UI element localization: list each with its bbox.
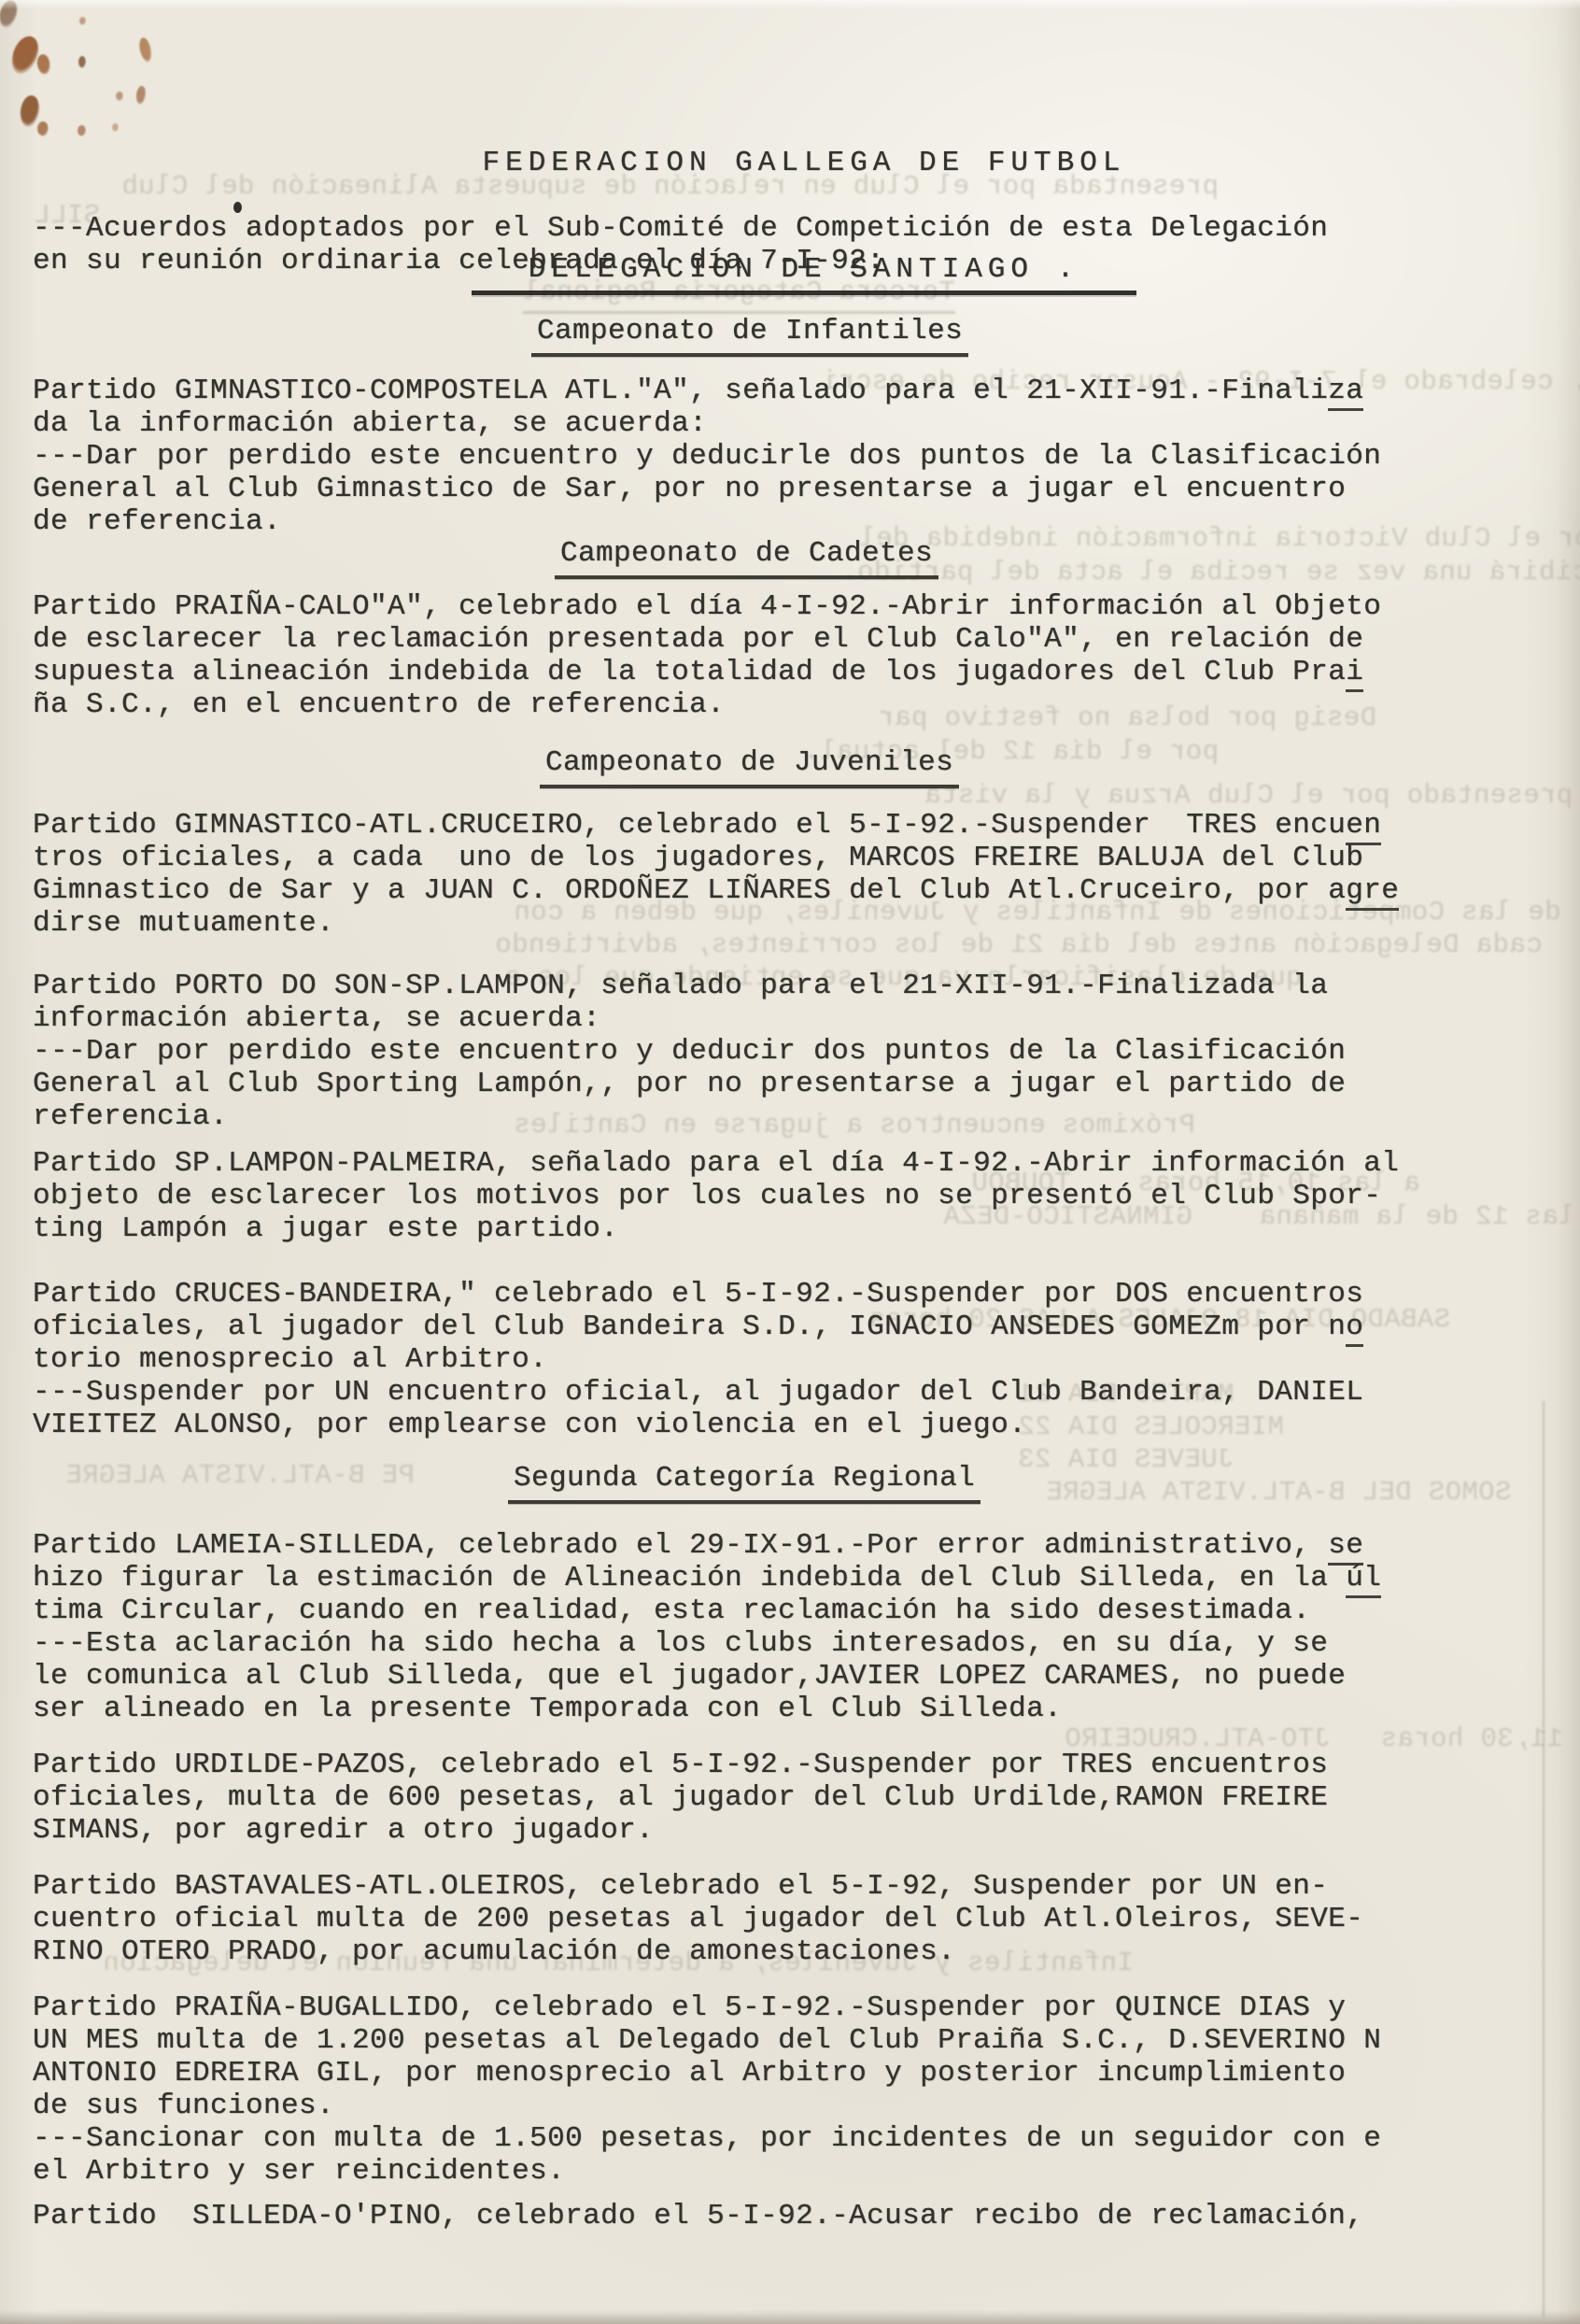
ink-dot (233, 202, 242, 213)
decision-paragraph: Partido URDILDE-PAZOS, celebrado el 5-I-… (33, 1749, 1489, 1847)
section-heading: Campeonato de Infantiles (537, 315, 968, 357)
rust-stain (79, 17, 86, 25)
decision-paragraph: Partido GIMNASTICO-COMPOSTELA ATL."A", s… (33, 375, 1489, 538)
rust-stain (135, 86, 147, 106)
bleedthrough-text: PE B-ATL.VISTA ALEGRE (65, 1460, 415, 1492)
rust-stain (35, 53, 52, 76)
decision-paragraph: Partido LAMEIA-SILLEDA, celebrado el 29-… (33, 1529, 1489, 1725)
paper-crease (1543, 1401, 1545, 2317)
bleedthrough-text: SOMOS DEL B-ATL.VISTA ALEGRE (1046, 1477, 1511, 1509)
bleedthrough-text: Acuse recibo de escrito presentado por e… (924, 780, 1580, 812)
rust-stain (37, 121, 49, 136)
decision-paragraph: Partido BASTAVALES-ATL.OLEIROS, celebrad… (33, 1870, 1489, 1968)
rust-stain (78, 125, 86, 136)
bottom-edge-shadow (0, 2309, 1580, 2324)
top-edge-highlight (0, 0, 1580, 9)
rust-stain (137, 36, 154, 64)
decision-paragraph: Partido PRAIÑA-BUGALLIDO, celebrado el 5… (33, 1991, 1489, 2188)
rust-stain (112, 123, 119, 132)
rust-stain (116, 92, 123, 101)
decision-paragraph: Partido PORTO DO SON-SP.LAMPON, señalado… (33, 970, 1489, 1133)
scanned-document-page: presentada por el Club en relación de su… (0, 0, 1580, 2324)
bleedthrough-text: Club X, guido, lo que se recibirá una ve… (840, 557, 1580, 588)
decision-paragraph: Partido GIMNASTICO-ATL.CRUCEIRO, celebra… (33, 809, 1489, 940)
decision-paragraph: Partido PRAIÑA-CALO"A", celebrado el día… (33, 590, 1489, 721)
section-heading: Campeonato de Cadetes (560, 537, 938, 579)
section-heading: Campeonato de Juveniles (545, 746, 959, 788)
decision-paragraph: Partido SP.LAMPON-PALMEIRA, señalado par… (33, 1147, 1489, 1245)
org-title: FEDERACION GALLEGA DE FUTBOL (472, 146, 1136, 181)
rust-stain (78, 56, 86, 68)
decision-paragraph: Partido SILLEDA-O'PINO, celebrado el 5-I… (33, 2200, 1489, 2232)
decision-paragraph: ---Acuerdos adoptados por el Sub-Comité … (33, 212, 1489, 277)
decision-paragraph: Partido CRUCES-BANDEIRA," celebrado el 5… (33, 1278, 1489, 1441)
letterhead: FEDERACION GALLEGA DE FUTBOL DELEGACION … (472, 75, 1136, 331)
section-heading: Segunda Categoría Regional (514, 1462, 980, 1504)
bleedthrough-text: JUEVES DIA 23 (1018, 1444, 1234, 1476)
rust-stain (7, 33, 44, 78)
